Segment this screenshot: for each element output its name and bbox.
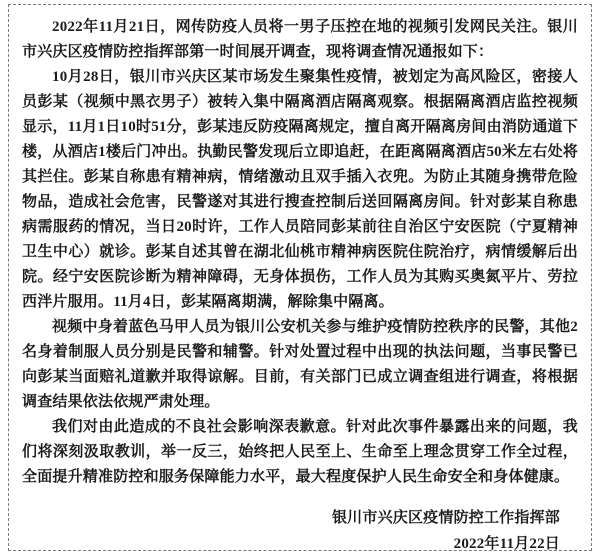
notice-paragraph-incident-details: 10月28日，银川市兴庆区某市场发生聚集性疫情，被划定为高风险区，密接人员彭某（… [22, 65, 578, 315]
notice-page: 2022年11月21日，网传防疫人员将一男子压控在地的视频引发网民关注。银川市兴… [0, 0, 600, 560]
signature-date: 2022年11月22日 [22, 531, 560, 557]
notice-paragraph-apology: 我们对由此造成的不良社会影响深表歉意。针对此次事件暴露出来的问题，我们将深刻汲取… [22, 415, 578, 490]
signature-organization: 银川市兴庆区疫情防控工作指挥部 [22, 505, 560, 531]
notice-paragraph-intro: 2022年11月21日，网传防疫人员将一男子压控在地的视频引发网民关注。银川市兴… [22, 15, 578, 65]
notice-document: 2022年11月21日，网传防疫人员将一男子压控在地的视频引发网民关注。银川市兴… [8, 4, 592, 551]
notice-paragraph-personnel-investigation: 视频中身着蓝色马甲人员为银川公安机关参与维护疫情防控秩序的民警，其他2名身着制服… [22, 315, 578, 415]
signature-block: 银川市兴庆区疫情防控工作指挥部 2022年11月22日 [22, 505, 578, 557]
